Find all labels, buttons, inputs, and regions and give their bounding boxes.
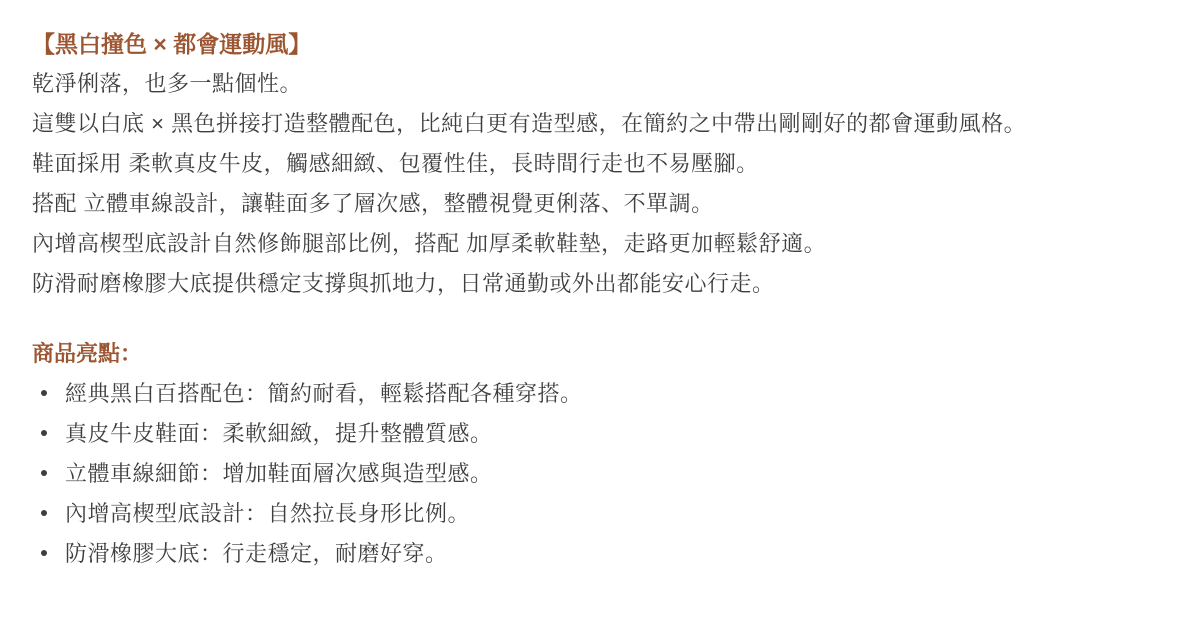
list-item-text: 經典黑白百搭配色：簡約耐看，輕鬆搭配各種穿搭。	[65, 374, 583, 414]
bullet-icon	[41, 430, 47, 436]
bullet-icon	[41, 390, 47, 396]
section-title: 【黑白撞色 × 都會運動風】	[32, 24, 1166, 64]
list-item-text: 立體車線細節：增加鞋面層次感與造型感。	[65, 454, 493, 494]
list-item: 內增高楔型底設計：自然拉長身形比例。	[32, 494, 1166, 534]
product-description-section: 【黑白撞色 × 都會運動風】 乾淨俐落，也多一點個性。 這雙以白底 × 黑色拼接…	[0, 0, 1200, 574]
description-paragraph: 鞋面採用 柔軟真皮牛皮，觸感細緻、包覆性佳，長時間行走也不易壓腳。	[32, 144, 1166, 184]
list-item-text: 防滑橡膠大底：行走穩定，耐磨好穿。	[65, 534, 448, 574]
description-paragraph: 防滑耐磨橡膠大底提供穩定支撐與抓地力，日常通勤或外出都能安心行走。	[32, 264, 1166, 304]
bullet-icon	[41, 510, 47, 516]
description-paragraph: 搭配 立體車線設計，讓鞋面多了層次感，整體視覺更俐落、不單調。	[32, 184, 1166, 224]
bullet-icon	[41, 550, 47, 556]
list-item: 經典黑白百搭配色：簡約耐看，輕鬆搭配各種穿搭。	[32, 374, 1166, 414]
description-paragraph: 乾淨俐落，也多一點個性。	[32, 64, 1166, 104]
list-item-text: 內增高楔型底設計：自然拉長身形比例。	[65, 494, 470, 534]
list-item: 真皮牛皮鞋面：柔軟細緻，提升整體質感。	[32, 414, 1166, 454]
description-paragraph: 內增高楔型底設計自然修飾腿部比例，搭配 加厚柔軟鞋墊，走路更加輕鬆舒適。	[32, 224, 1166, 264]
list-item: 防滑橡膠大底：行走穩定，耐磨好穿。	[32, 534, 1166, 574]
highlights-heading: 商品亮點：	[32, 334, 1166, 374]
bullet-icon	[41, 470, 47, 476]
list-item-text: 真皮牛皮鞋面：柔軟細緻，提升整體質感。	[65, 414, 493, 454]
list-item: 立體車線細節：增加鞋面層次感與造型感。	[32, 454, 1166, 494]
highlights-list: 經典黑白百搭配色：簡約耐看，輕鬆搭配各種穿搭。 真皮牛皮鞋面：柔軟細緻，提升整體…	[32, 374, 1166, 574]
description-paragraph: 這雙以白底 × 黑色拼接打造整體配色，比純白更有造型感，在簡約之中帶出剛剛好的都…	[32, 104, 1166, 144]
